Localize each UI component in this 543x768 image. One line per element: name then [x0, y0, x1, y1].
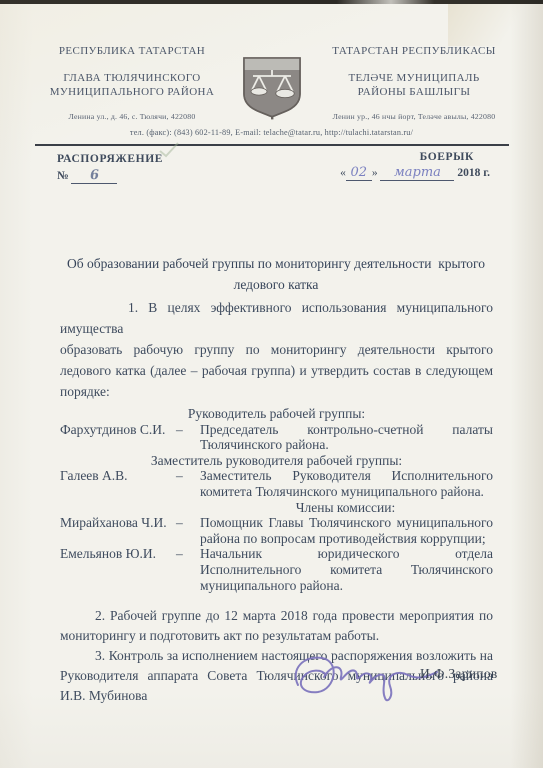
- member-row: Емельянов Ю.И. – Начальник юридического …: [60, 546, 493, 593]
- members-caption: Руководитель рабочей группы:: [60, 406, 493, 422]
- member-role-line: комитета Тюлячинского муниципального рай…: [200, 484, 493, 500]
- doc-date-line: «02» марта 2018 г.: [340, 166, 490, 181]
- republic-name: ТАТАРСТАН РЕСПУБЛИКАСЫ: [308, 44, 520, 58]
- doc-type-tatar: БОЕРЫК: [310, 151, 490, 163]
- member-row: Фархутдинов С.И. – Председатель контроль…: [60, 422, 493, 453]
- org-name-line: РАЙОНЫ БАШЛЫГЫ: [308, 85, 520, 99]
- member-dash: –: [176, 546, 200, 562]
- paragraph-1: 1. В целях эффективного использования му…: [60, 297, 493, 402]
- org-name-line: ТЕЛӘЧЕ МУНИЦИПАЛЬ: [308, 71, 520, 85]
- handwritten-month: марта: [394, 165, 441, 180]
- members-caption: Заместитель руководителя рабочей группы:: [60, 453, 493, 469]
- check-mark: [158, 141, 180, 159]
- paragraph-line: 2. Рабочей группе до 12 марта 2018 года …: [60, 606, 493, 626]
- quote-close: »: [372, 167, 378, 179]
- scanned-document-page: РЕСПУБЛИКА ТАТАРСТАН ГЛАВА ТЮЛЯЧИНСКОГО …: [0, 0, 543, 768]
- member-name: Галеев А.В.: [60, 468, 176, 484]
- doc-type-russian: РАСПОРЯЖЕНИЕ: [57, 153, 163, 165]
- date-month-blank: марта: [380, 166, 454, 181]
- signature-scribble-icon: [288, 645, 440, 711]
- member-dash: –: [176, 422, 200, 438]
- member-role-line: района по вопросам противодействия корру…: [200, 531, 493, 547]
- member-role: Заместитель Руководителя Исполнительного…: [200, 468, 493, 499]
- org-name-line: ГЛАВА ТЮЛЯЧИНСКОГО: [26, 71, 238, 85]
- org-name-line: МУНИЦИПАЛЬНОГО РАЙОНА: [26, 85, 238, 99]
- member-role-line: Исполнительного комитета Тюлячинского: [200, 562, 493, 578]
- member-role-line: Председатель контрольно-счетной палаты: [200, 422, 493, 438]
- member-role: Начальник юридического отдела Исполнител…: [200, 546, 493, 593]
- document-title: Об образовании рабочей группы по монитор…: [58, 253, 494, 295]
- republic-name: РЕСПУБЛИКА ТАТАРСТАН: [26, 44, 238, 58]
- doc-number-line: № 6: [57, 169, 117, 184]
- paragraph-2: 2. Рабочей группе до 12 марта 2018 года …: [60, 606, 493, 646]
- letterhead-russian: РЕСПУБЛИКА ТАТАРСТАН ГЛАВА ТЮЛЯЧИНСКОГО …: [26, 44, 238, 124]
- member-dash: –: [176, 468, 200, 484]
- paragraph-line: мониторингу и подготовить акт по результ…: [60, 626, 493, 646]
- member-row: Мирайханова Ч.И. – Помощник Главы Тюлячи…: [60, 515, 493, 546]
- member-name: Емельянов Ю.И.: [60, 546, 176, 562]
- paper-crease: [448, 4, 543, 46]
- handwritten-day: 02: [351, 165, 368, 180]
- number-label: №: [57, 170, 69, 182]
- paragraph-line: порядке:: [60, 381, 493, 402]
- member-role-line: Тюлячинского района.: [200, 437, 493, 453]
- member-dash: –: [176, 515, 200, 531]
- member-row: Галеев А.В. – Заместитель Руководителя И…: [60, 468, 493, 499]
- paragraph-line: 1. В целях эффективного использования му…: [60, 297, 493, 339]
- handwritten-number: 6: [90, 169, 100, 182]
- member-role-line: Заместитель Руководителя Исполнительного: [200, 468, 493, 484]
- member-role: Помощник Главы Тюлячинского муниципально…: [200, 515, 493, 546]
- member-name: Фархутдинов С.И.: [60, 422, 176, 438]
- member-role-line: Начальник юридического отдела: [200, 546, 493, 562]
- number-blank: 6: [71, 169, 117, 184]
- date-year: 2018 г.: [457, 167, 490, 179]
- title-line: ледового катка: [58, 274, 494, 295]
- title-line: Об образовании рабочей группы по монитор…: [58, 253, 494, 274]
- letterhead-tatar: ТАТАРСТАН РЕСПУБЛИКАСЫ ТЕЛӘЧЕ МУНИЦИПАЛЬ…: [308, 44, 520, 124]
- org-address: Ленин ур., 46 нчы йорт, Теләче авылы, 42…: [308, 110, 520, 124]
- signatory-name: И.Ф.Зарипов: [420, 666, 498, 682]
- org-address: Ленина ул., д. 46, с. Тюлячи, 422080: [26, 110, 238, 124]
- paragraph-line: ледового катка (далее – рабочая группа) …: [60, 360, 493, 381]
- coat-of-arms-icon: [238, 54, 306, 120]
- paragraph-line: образовать рабочую группу по мониторингу…: [60, 339, 493, 360]
- letterhead-divider: [35, 144, 509, 146]
- member-name: Мирайханова Ч.И.: [60, 515, 176, 531]
- members-caption: Члены комиссии:: [60, 500, 493, 516]
- member-role-line: муниципального района.: [200, 578, 493, 594]
- working-group-list: Руководитель рабочей группы: Фархутдинов…: [60, 406, 493, 593]
- date-day-blank: 02: [346, 166, 372, 181]
- member-role: Председатель контрольно-счетной палаты Т…: [200, 422, 493, 453]
- member-role-line: Помощник Главы Тюлячинского муниципально…: [200, 515, 493, 531]
- contact-line: тел. (факс): (843) 602-11-89, E-mail: te…: [30, 128, 513, 137]
